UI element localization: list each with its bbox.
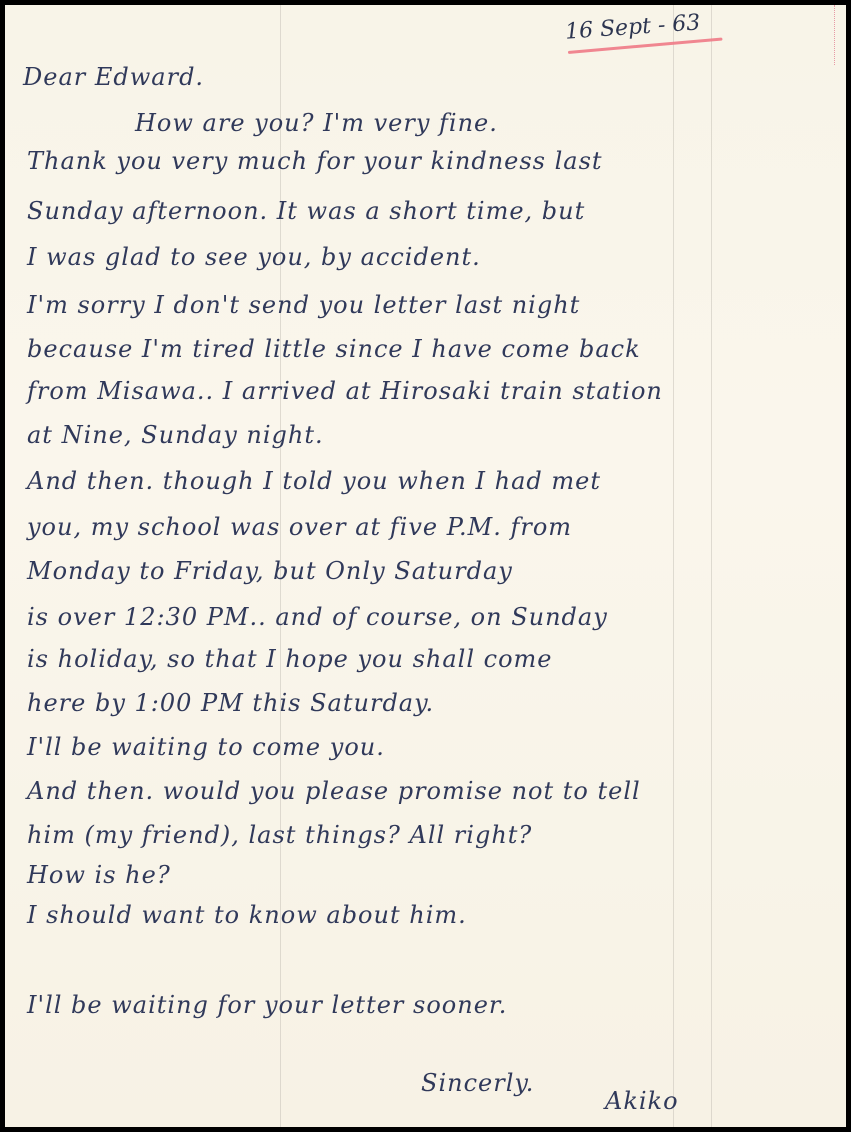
letter-line: you, my school was over at five P.M. fro… (27, 513, 572, 541)
letter-line: Thank you very much for your kindness la… (27, 147, 603, 175)
letter-line: him (my friend), last things? All right? (27, 821, 532, 849)
letter-line: because I'm tired little since I have co… (27, 335, 641, 363)
fold-line (711, 5, 712, 1127)
letter-line: Sunday afternoon. It was a short time, b… (27, 197, 585, 225)
fold-line (673, 5, 674, 1127)
letter-line: I'll be waiting for your letter sooner. (27, 991, 507, 1019)
scan-frame: 16 Sept - 63 Dear Edward. How are you? I… (3, 3, 848, 1129)
signature: Akiko (605, 1087, 679, 1115)
letter-line: And then. though I told you when I had m… (27, 467, 601, 495)
letter-line: How is he? (27, 861, 171, 889)
letter-line: here by 1:00 PM this Saturday. (27, 689, 434, 717)
letter-line: I'll be waiting to come you. (27, 733, 385, 761)
closing: Sincerly. (421, 1069, 534, 1097)
letter-line: Monday to Friday, but Only Saturday (27, 557, 513, 585)
letter-line: I was glad to see you, by accident. (27, 243, 481, 271)
letter-line: And then. would you please promise not t… (27, 777, 641, 805)
letter-line: from Misawa.. I arrived at Hirosaki trai… (27, 377, 663, 405)
letter-line: is over 12:30 PM.. and of course, on Sun… (27, 603, 608, 631)
salutation: Dear Edward. (23, 63, 204, 91)
letter-paper: 16 Sept - 63 Dear Edward. How are you? I… (5, 5, 846, 1127)
letter-line: is holiday, so that I hope you shall com… (27, 645, 552, 673)
red-margin-mark (834, 5, 836, 65)
letter-date: 16 Sept - 63 (564, 10, 701, 44)
letter-line: I should want to know about him. (27, 901, 467, 929)
letter-line: How are you? I'm very fine. (135, 109, 498, 137)
letter-line: at Nine, Sunday night. (27, 421, 324, 449)
letter-line: I'm sorry I don't send you letter last n… (27, 291, 580, 319)
